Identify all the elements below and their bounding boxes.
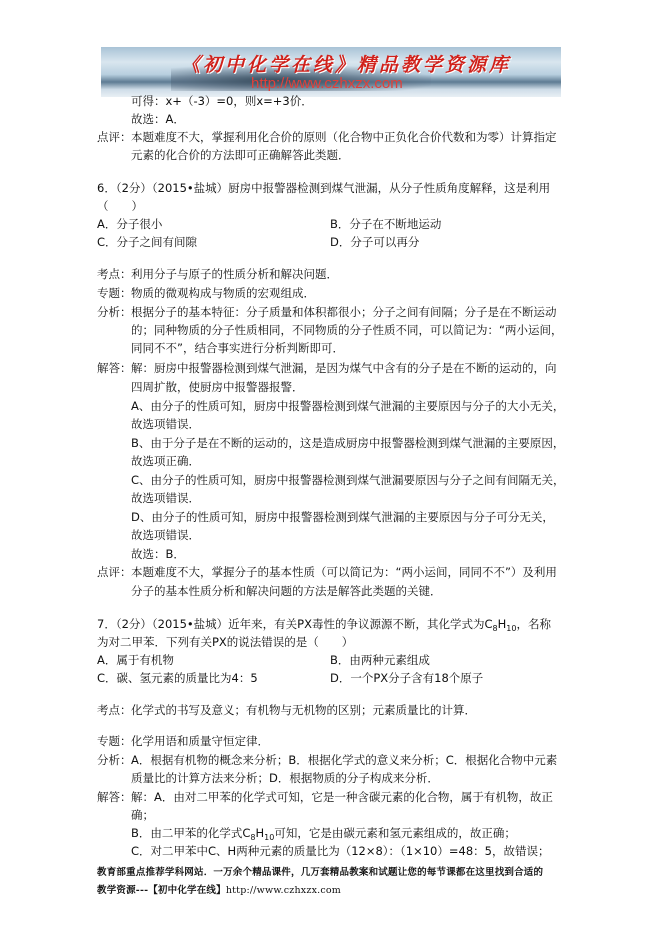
footer-promo-line: 教育部重点推荐学科网站．一万余个精品课件，几万套精品教案和试题让您的每节课都在这…: [97, 864, 543, 878]
formula-subscript: 10: [264, 833, 274, 842]
footer-source-text: 教学资源---【初中化学在线】: [97, 885, 226, 896]
q5-result-line: 可得：x+（-3）=0，则x=+3价．: [131, 93, 313, 109]
zhuanti-text: 物质的微观构成与物质的宏观组成．: [131, 286, 315, 300]
q7-stem-post: ，名称: [516, 617, 551, 631]
q6-dianping-2: 分子的基本性质分析和解决问题的方法是解答此类题的关键．: [131, 583, 442, 599]
q6-dianping: 点评：本题难度不大，掌握分子的基本性质（可以简记为：“两小运间，同同不不”）及利…: [97, 564, 557, 580]
q6-option-b: B．分子在不断地运动: [330, 216, 441, 232]
formula-h: H: [256, 826, 265, 840]
jieda-label: 解答：: [97, 360, 131, 376]
q6-jieda-a2: 故选项错误．: [131, 416, 200, 432]
q6-stem: 6．（2分）（2015•盐城）厨房中报警器检测到煤气泄漏，从分子性质角度解释，这…: [97, 180, 550, 196]
jieda-text: 解：A．由对二甲苯的化学式可知，它是一种含碳元素的化合物，属于有机物，故正: [131, 790, 553, 804]
jieda-b-text: B．由二甲苯的化学式C: [131, 826, 250, 840]
fenxi-text: 根据分子的基本特征：分子质量和体积都很小；分子之间有间隔；分子是在不断运动: [131, 305, 557, 319]
q5-comment-cont: 元素的化合价的方法即可正确解答此类题．: [131, 147, 350, 163]
q6-jieda-b1: B、由于分子是在不断的运动的，这是造成厨房中报警器检测到煤气泄漏的主要原因，: [131, 435, 564, 451]
q6-zhuanti: 专题：物质的微观构成与物质的宏观组成．: [97, 285, 315, 301]
jieda-label: 解答：: [97, 789, 131, 805]
kaodian-label: 考点：: [97, 702, 131, 718]
dianping-label: 点评：: [97, 564, 131, 580]
q7-stem-text: 7．（2分）（2015•盐城）近年来，有关PX毒性的争议源源不断，其化学式为C: [97, 617, 493, 631]
q6-stem-blank: （ ）: [97, 198, 143, 214]
q6-jieda-d1: D、由分子的性质可知，厨房中报警器检测到煤气泄漏的主要原因与分子可分无关，: [131, 509, 554, 525]
q7-stem-2: 为对二甲苯．下列有关PX的说法错误的是（ ）: [97, 634, 353, 650]
fenxi-label: 分析：: [97, 304, 131, 320]
q6-option-row-1: A．分子很小: [97, 216, 162, 232]
q5-answer: 故选：A．: [131, 111, 185, 127]
q7-jieda-2: 确；: [131, 807, 154, 823]
kaodian-label: 考点：: [97, 266, 131, 282]
comment-text: 本题难度不大，掌握利用化合价的原则（化合物中正负化合价代数和为零）计算指定: [131, 130, 557, 144]
dianping-text: 本题难度不大，掌握分子的基本性质（可以简记为：“两小运间，同同不不”）及利用: [131, 565, 557, 579]
banner-title: 《初中化学在线》精品教学资源库: [181, 50, 511, 77]
q7-jieda-c: C．对二甲苯中C、H两种元素的质量比为（12×8）：（1×10）=48：5，故错…: [131, 843, 549, 859]
q6-fenxi-2: 的；同种物质的分子性质相同，不同物质的分子性质不同，可以简记为：“两小运间，: [131, 322, 562, 338]
q6-option-c: C．分子之间有间隙: [97, 234, 197, 250]
q7-option-a: A．属于有机物: [97, 652, 174, 668]
kaodian-text: 化学式的书写及意义；有机物与无机物的区别；元素质量比的计算．: [131, 703, 476, 717]
q7-fenxi-2: 质量比的计算方法来分析；D．根据物质的分子构成来分析．: [131, 770, 439, 786]
q6-jieda-2: 四周扩散，使厨房中报警器报警．: [131, 379, 304, 395]
q6-option-a: A．分子很小: [97, 217, 162, 231]
kaodian-text: 利用分子与原子的性质分析和解决问题．: [131, 267, 338, 281]
q7-option-d: D．一个PX分子含有18个原子: [330, 670, 483, 686]
zhuanti-label: 专题：: [97, 733, 131, 749]
q7-jieda: 解答：解：A．由对二甲苯的化学式可知，它是一种含碳元素的化合物，属于有机物，故正: [97, 789, 553, 805]
jieda-text: 解：厨房中报警器检测到煤气泄漏，是因为煤气中含有的分子是在不断的运动的，向: [131, 361, 557, 375]
zhuanti-label: 专题：: [97, 285, 131, 301]
q6-jieda: 解答：解：厨房中报警器检测到煤气泄漏，是因为煤气中含有的分子是在不断的运动的，向: [97, 360, 557, 376]
q5-comment: 点评：本题难度不大，掌握利用化合价的原则（化合物中正负化合价代数和为零）计算指定: [97, 129, 557, 145]
q6-fenxi-3: 同同不不”，结合事实进行分析判断即可．: [131, 340, 344, 356]
q6-option-d: D．分子可以再分: [330, 234, 419, 250]
formula-subscript: 10: [506, 624, 516, 633]
fenxi-text: A．根据有机物的概念来分析；B．根据化学式的意义来分析；C．根据化合物中元素: [131, 753, 557, 767]
footer-source-line: 教学资源---【初中化学在线】http://www.czhxzx.com: [97, 882, 341, 896]
q6-jieda-b2: 故选项正确．: [131, 453, 200, 469]
jieda-b-post: 可知，它是由碳元素和氢元素组成的，故正确；: [274, 826, 516, 840]
zhuanti-text: 化学用语和质量守恒定律．: [131, 734, 269, 748]
q6-answer: 故选：B．: [131, 546, 185, 562]
q6-jieda-d2: 故选项错误．: [131, 527, 200, 543]
q6-jieda-c2: 故选项错误．: [131, 490, 200, 506]
q7-zhuanti: 专题：化学用语和质量守恒定律．: [97, 733, 269, 749]
q6-fenxi: 分析：根据分子的基本特征：分子质量和体积都很小；分子之间有间隔；分子是在不断运动: [97, 304, 557, 320]
header-banner: 《初中化学在线》精品教学资源库 http://www.czhxzx.com: [101, 47, 561, 97]
q6-jieda-c1: C、由分子的性质可知，厨房中报警器检测到煤气泄漏要原因与分子之间有间隔无关，: [131, 472, 565, 488]
q7-fenxi: 分析：A．根据有机物的概念来分析；B．根据化学式的意义来分析；C．根据化合物中元…: [97, 752, 557, 768]
formula-h: H: [498, 617, 507, 631]
q7-option-c: C．碳、氢元素的质量比为4：5: [97, 670, 258, 686]
fenxi-label: 分析：: [97, 752, 131, 768]
q6-jieda-a1: A、由分子的性质可知，厨房中报警器检测到煤气泄漏的主要原因与分子的大小无关，: [131, 398, 564, 414]
footer-url-link[interactable]: http://www.czhxzx.com: [226, 885, 341, 896]
q7-kaodian: 考点：化学式的书写及意义；有机物与无机物的区别；元素质量比的计算．: [97, 702, 476, 718]
comment-label: 点评：: [97, 129, 131, 145]
banner-url[interactable]: http://www.czhxzx.com: [251, 75, 403, 92]
q6-kaodian: 考点：利用分子与原子的性质分析和解决问题．: [97, 266, 338, 282]
q7-option-b: B．由两种元素组成: [330, 652, 430, 668]
